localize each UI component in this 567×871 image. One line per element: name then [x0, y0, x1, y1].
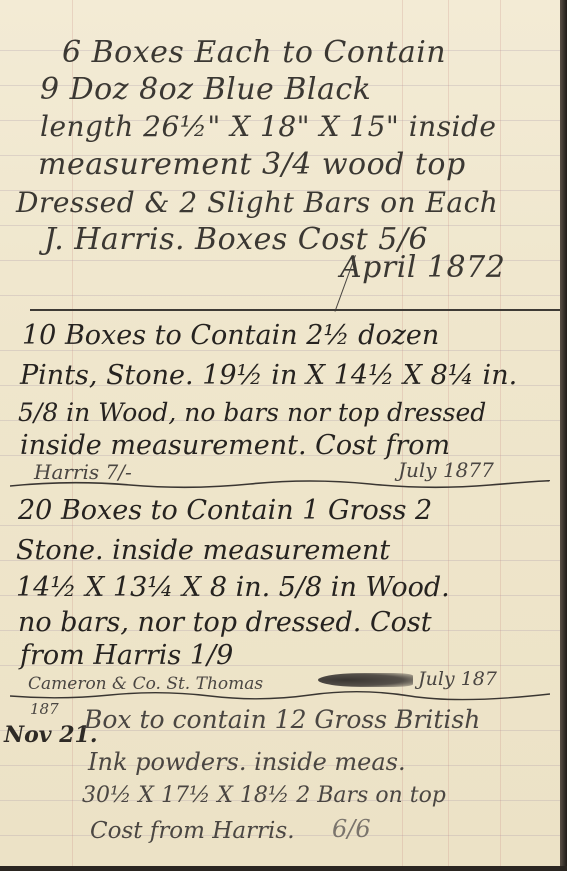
entry-1-date: April 1872 [340, 250, 505, 285]
entry-1-line-1: 6 Boxes Each to Contain [62, 35, 446, 70]
entry-divider [30, 309, 560, 311]
entry-4-margin-year: 187 [30, 700, 59, 718]
entry-2-line-3: 5/8 in Wood, no bars nor top dressed [18, 398, 486, 427]
entry-1-line-4: measurement 3/4 wood top [38, 147, 466, 182]
ink-blot [318, 673, 413, 687]
entry-1-line-5: Dressed & 2 Slight Bars on Each [16, 186, 498, 219]
entry-3-line-5: from Harris 1/9 [20, 640, 233, 671]
entry-4-line-1: Box to contain 12 Gross British [84, 705, 480, 734]
entry-3-line-2: Stone. inside measurement [16, 535, 390, 566]
page-edge [0, 866, 567, 871]
column-line [500, 0, 501, 866]
entry-2-line-2: Pints, Stone. 19½ in X 14½ X 8¼ in. [20, 360, 517, 391]
wavy-divider [10, 478, 550, 490]
entry-1-line-3: length 26½" X 18" X 15" inside [40, 110, 497, 143]
entry-3-line-3: 14½ X 13¼ X 8 in. 5/8 in Wood. [16, 572, 450, 603]
wavy-divider [10, 690, 550, 702]
ledger-page: 6 Boxes Each to Contain 9 Doz 8oz Blue B… [0, 0, 560, 866]
entry-4-line-2: Ink powders. inside meas. [88, 748, 406, 776]
entry-2-line-4: inside measurement. Cost from [20, 430, 450, 461]
entry-3-line-4: no bars, nor top dressed. Cost [18, 607, 432, 638]
entry-2-line-1: 10 Boxes to Contain 2½ dozen [22, 320, 439, 351]
entry-4-line-3: 30½ X 17½ X 18½ 2 Bars on top [82, 783, 446, 808]
ruled-line [0, 295, 560, 296]
entry-4-line-4: Cost from Harris. [90, 818, 295, 844]
entry-3-date: July 187 [418, 668, 497, 690]
entry-1-line-2: 9 Doz 8oz Blue Black [40, 72, 371, 107]
entry-3-line-1: 20 Boxes to Contain 1 Gross 2 [18, 495, 432, 526]
entry-4-pencil-cost: 6/6 [332, 815, 371, 843]
book-binding [560, 0, 567, 871]
